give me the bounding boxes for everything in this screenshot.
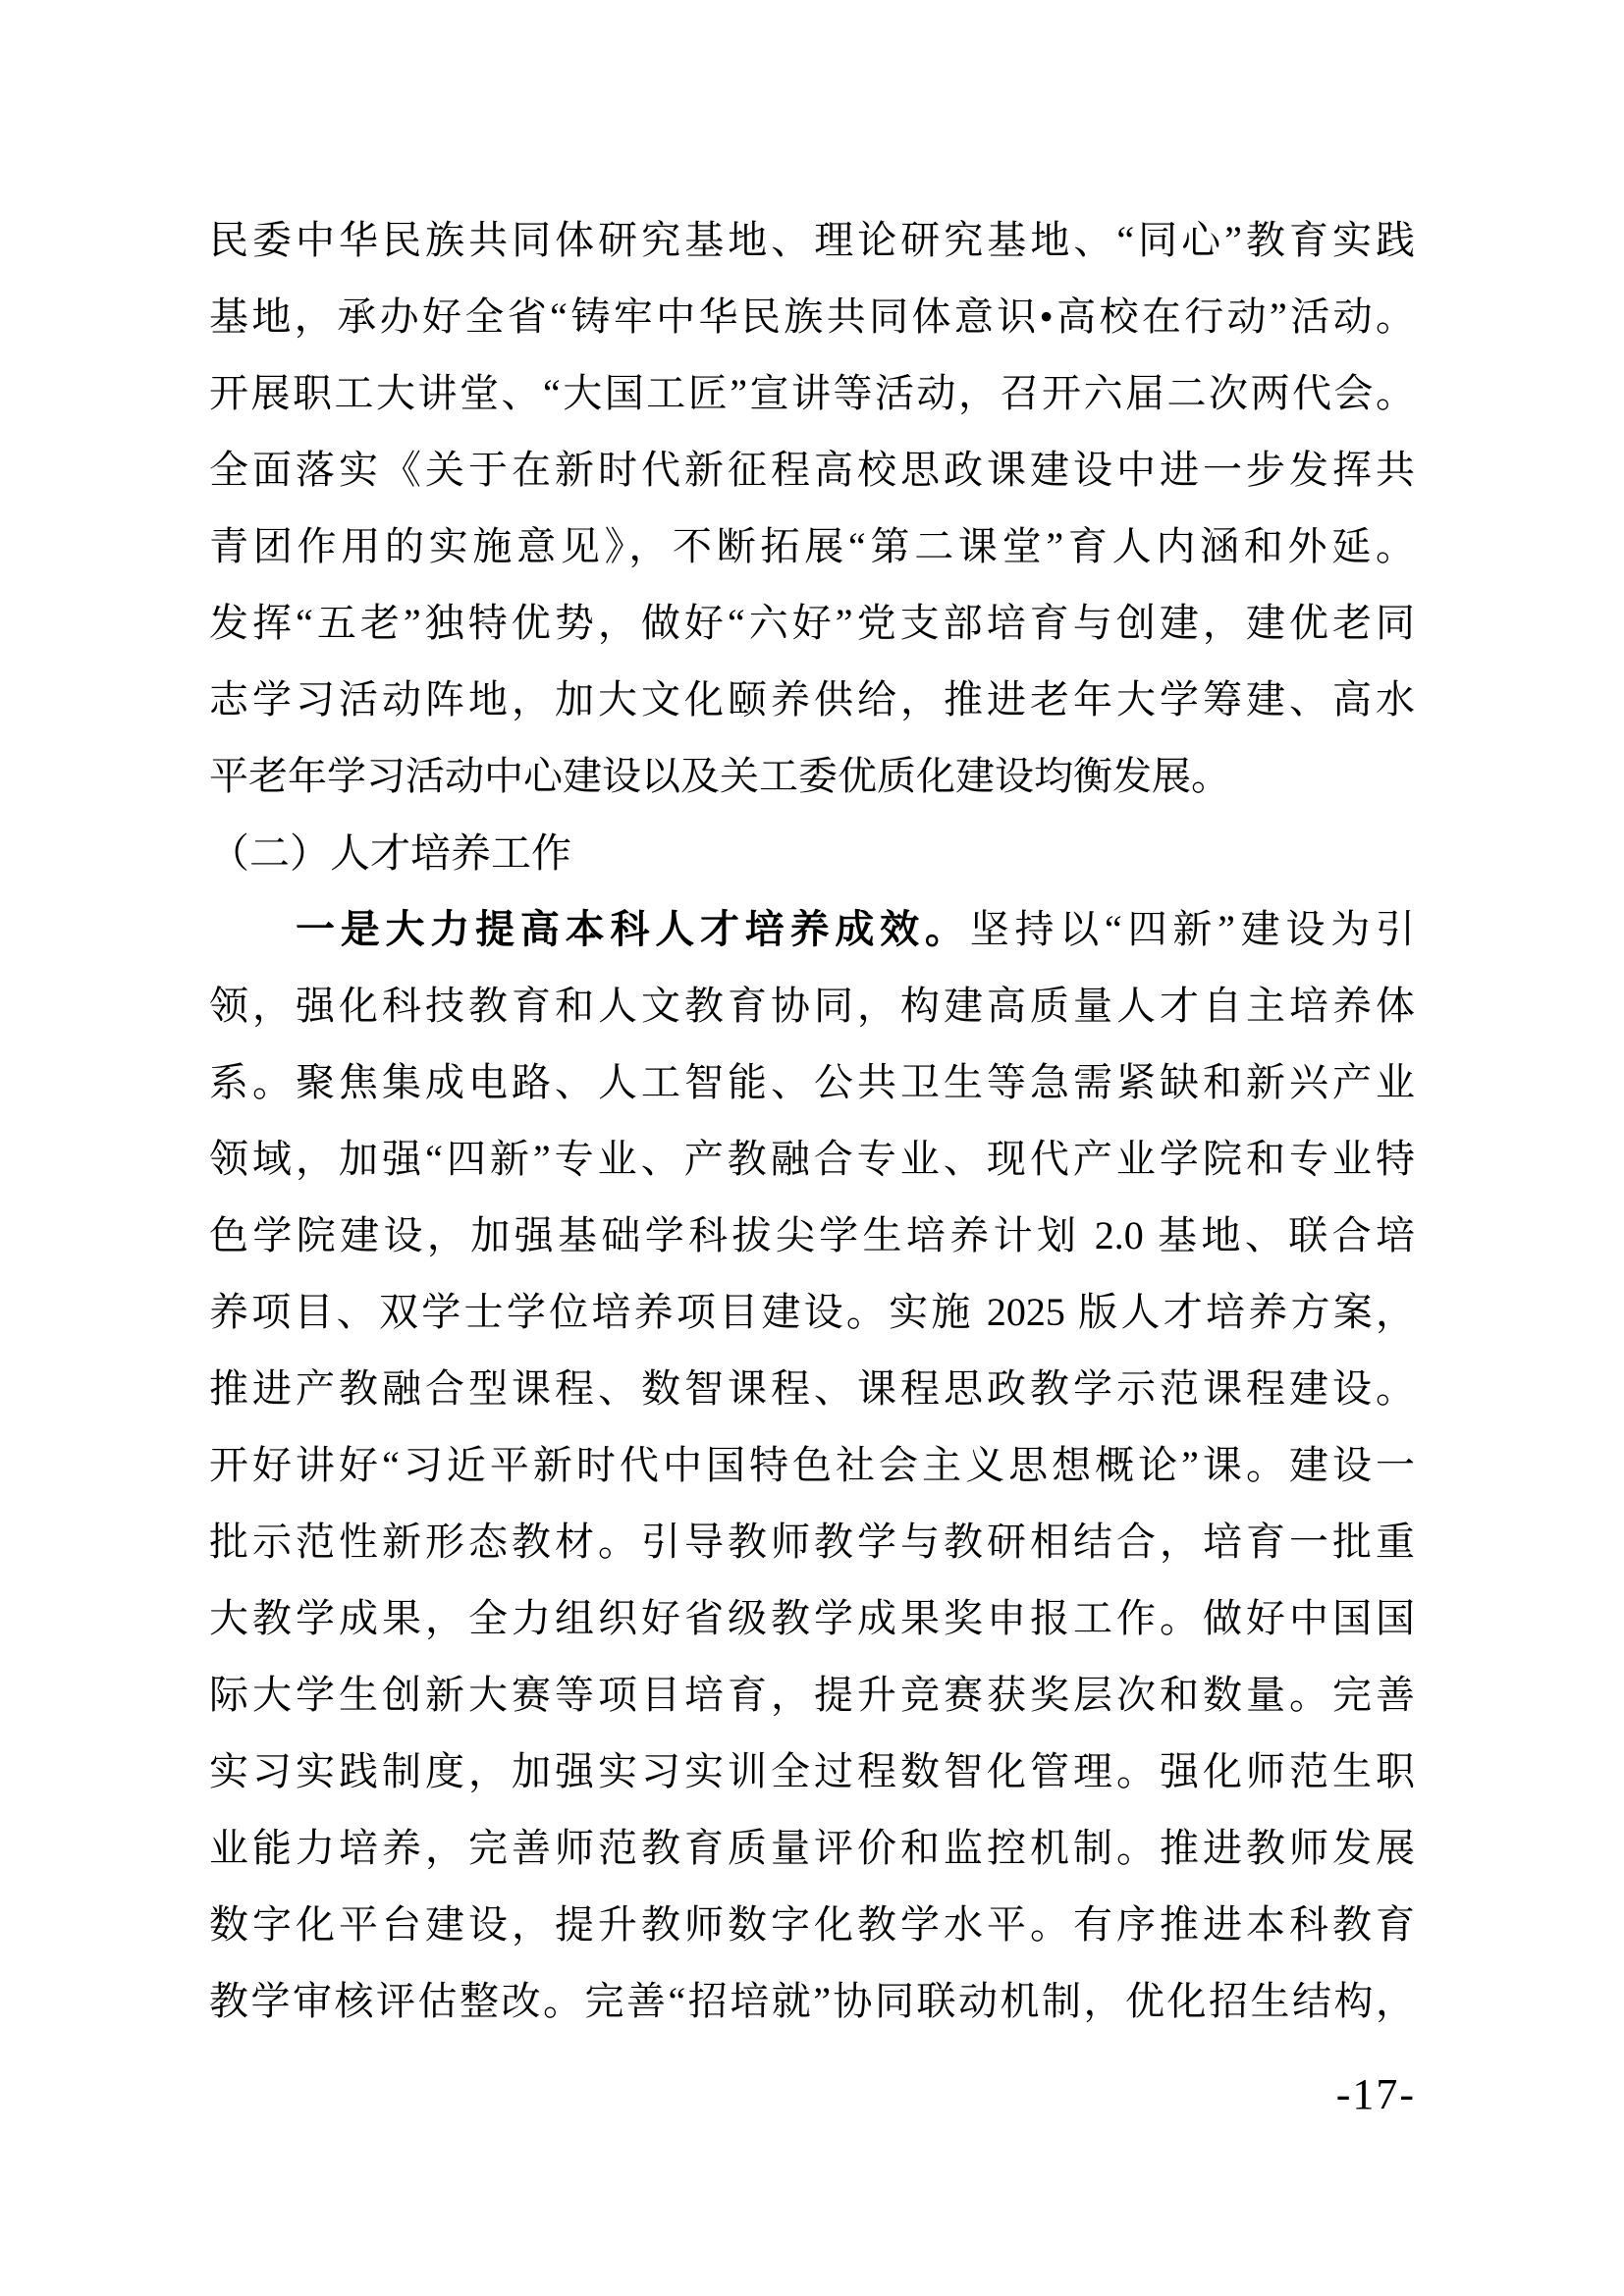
- text-line: 开展职工大讲堂、“大国工匠”宣讲等活动，召开六届二次两代会。: [209, 355, 1415, 432]
- document-page: 民委中华民族共同体研究基地、理论研究基地、“同心”教育实践 基地，承办好全省“铸…: [0, 0, 1624, 2296]
- text-line: 数字化平台建设，提升教师数字化教学水平。有序推进本科教育: [209, 1887, 1415, 1963]
- text-line: 基地，承办好全省“铸牢中华民族共同体意识•高校在行动”活动。: [209, 279, 1415, 355]
- section-heading: （二）人才培养工作: [209, 815, 1415, 891]
- text-line: 实习实践制度，加强实习实训全过程数智化管理。强化师范生职: [209, 1734, 1415, 1810]
- point-lead-rest: 坚持以“四新”建设为引: [970, 907, 1415, 951]
- text-line: 系。聚焦集成电路、人工智能、公共卫生等急需紧缺和新兴产业: [209, 1044, 1415, 1121]
- body-text: 民委中华民族共同体研究基地、理论研究基地、“同心”教育实践 基地，承办好全省“铸…: [209, 202, 1415, 2040]
- text-line: 民委中华民族共同体研究基地、理论研究基地、“同心”教育实践: [209, 202, 1415, 279]
- text-line: 开好讲好“习近平新时代中国特色社会主义思想概论”课。建设一: [209, 1427, 1415, 1504]
- text-line: 色学院建设，加强基础学科拔尖学生培养计划 2.0 基地、联合培: [209, 1198, 1415, 1274]
- text-line: 发挥“五老”独特优势，做好“六好”党支部培育与创建，建优老同: [209, 585, 1415, 662]
- page-number: -17-: [1336, 2065, 1416, 2124]
- text-line: 平老年学习活动中心建设以及关工委优质化建设均衡发展。: [209, 738, 1415, 815]
- text-line: 业能力培养，完善师范教育质量评价和监控机制。推进教师发展: [209, 1810, 1415, 1887]
- text-line: 一是大力提高本科人才培养成效。坚持以“四新”建设为引: [209, 891, 1415, 968]
- text-line: 领域，加强“四新”专业、产教融合专业、现代产业学院和专业特: [209, 1121, 1415, 1198]
- text-line: 全面落实《关于在新时代新征程高校思政课建设中进一步发挥共: [209, 432, 1415, 508]
- text-line: 批示范性新形态教材。引导教师教学与教研相结合，培育一批重: [209, 1504, 1415, 1580]
- text-line: 际大学生创新大赛等项目培育，提升竞赛获奖层次和数量。完善: [209, 1657, 1415, 1734]
- text-line: 教学审核评估整改。完善“招培就”协同联动机制，优化招生结构，: [209, 1963, 1415, 2040]
- point-lead-bold: 一是大力提高本科人才培养成效。: [296, 907, 970, 951]
- text-line: 青团作用的实施意见》，不断拓展“第二课堂”育人内涵和外延。: [209, 508, 1415, 585]
- text-line: 大教学成果，全力组织好省级教学成果奖申报工作。做好中国国: [209, 1580, 1415, 1657]
- text-line: 领，强化科技教育和人文教育协同，构建高质量人才自主培养体: [209, 968, 1415, 1044]
- text-line: 养项目、双学士学位培养项目建设。实施 2025 版人才培养方案，: [209, 1274, 1415, 1351]
- text-line: 志学习活动阵地，加大文化颐养供给，推进老年大学筹建、高水: [209, 662, 1415, 738]
- text-line: 推进产教融合型课程、数智课程、课程思政教学示范课程建设。: [209, 1351, 1415, 1427]
